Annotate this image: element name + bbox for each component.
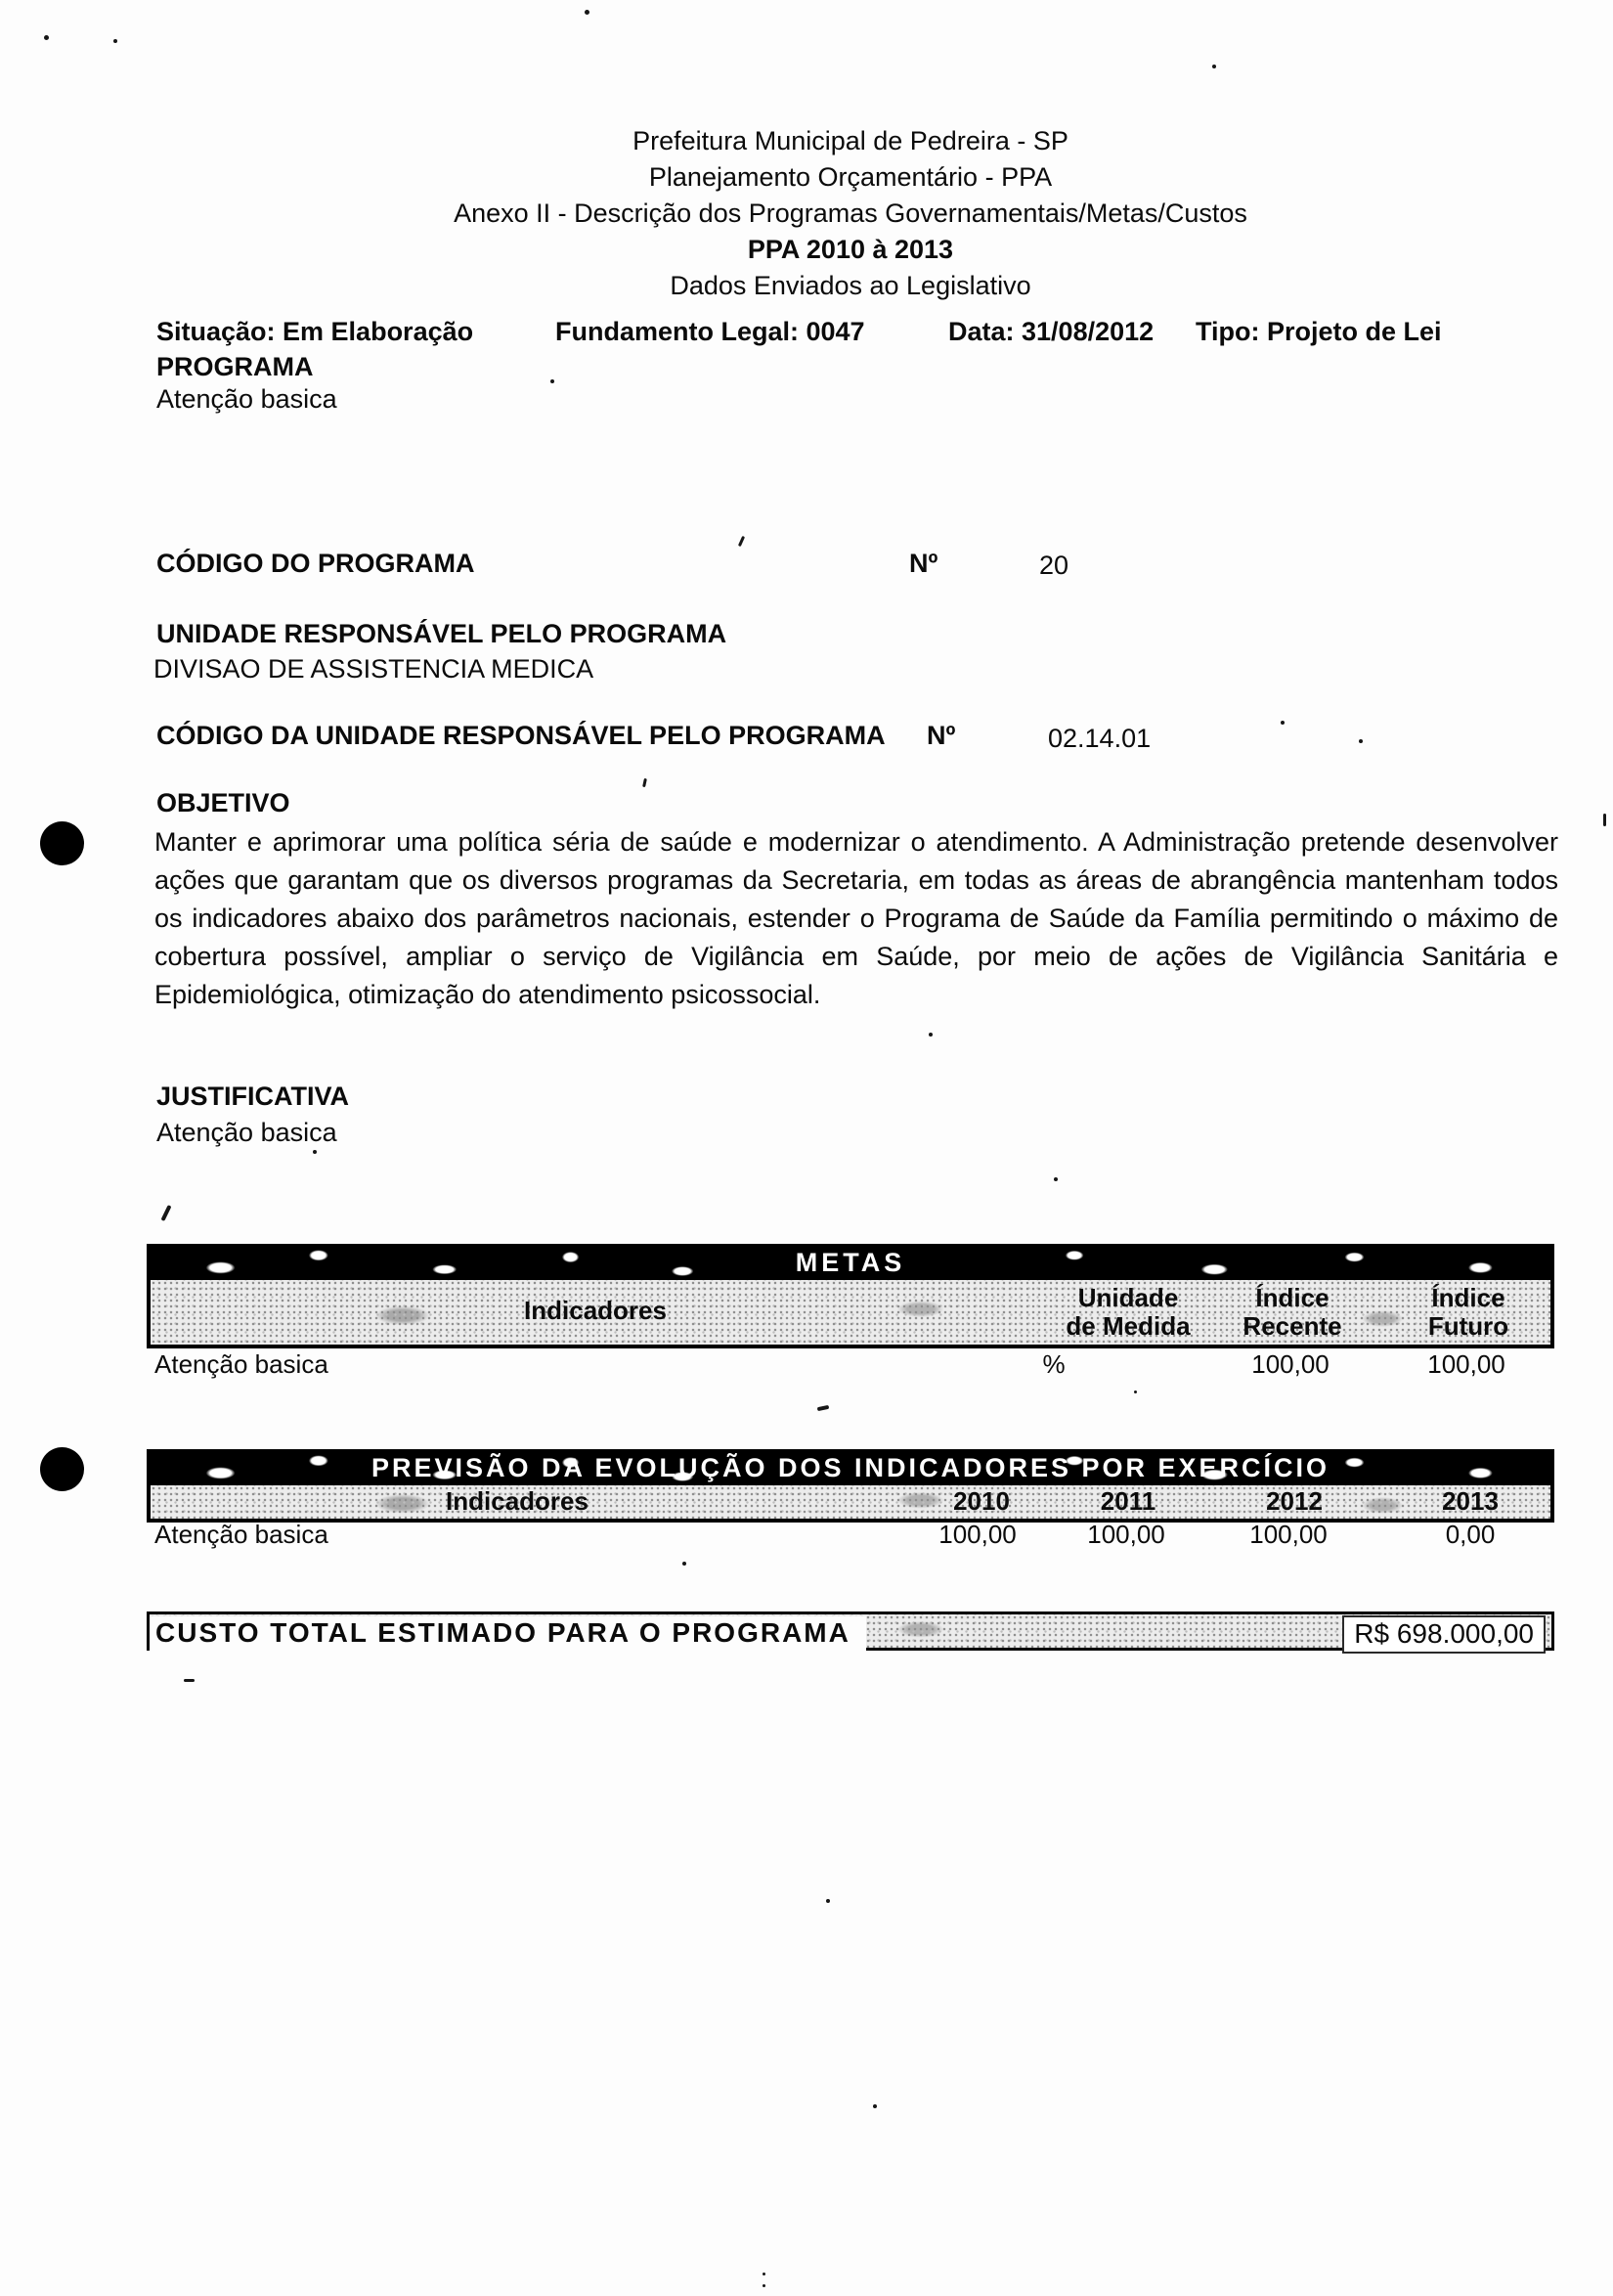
metas-table-header-row: Indicadores Unidade de Medida Índice Rec… — [151, 1280, 1550, 1345]
codigo-programa-numero-label: Nº — [909, 549, 937, 579]
metas-row-indice-futuro: 100,00 — [1427, 1349, 1505, 1380]
previsao-col-2010: 2010 — [953, 1487, 1010, 1516]
metas-col-unidade-medida: Unidade de Medida — [1066, 1284, 1190, 1341]
previsao-table-header-row: Indicadores 2010 2011 2012 2013 — [151, 1485, 1550, 1519]
hole-punch-mark — [40, 1447, 84, 1491]
previsao-row-2011: 100,00 — [1087, 1520, 1165, 1550]
fundamento-legal-field: Fundamento Legal: 0047 — [555, 317, 865, 347]
hole-punch-mark — [40, 821, 84, 865]
unidade-responsavel-label: UNIDADE RESPONSÁVEL PELO PROGRAMA — [156, 619, 726, 649]
previsao-row-2013: 0,00 — [1446, 1520, 1496, 1550]
codigo-programa-label: CÓDIGO DO PROGRAMA — [156, 549, 475, 579]
situacao-field: Situação: Em Elaboração — [156, 317, 473, 347]
document-header: Prefeitura Municipal de Pedreira - SP Pl… — [93, 123, 1608, 304]
previsao-col-2011: 2011 — [1101, 1487, 1155, 1516]
metas-row-indice-recente: 100,00 — [1251, 1349, 1330, 1380]
previsao-col-2013: 2013 — [1442, 1487, 1499, 1516]
metas-col-recente-line2: Recente — [1242, 1311, 1341, 1341]
objetivo-label: OBJETIVO — [156, 788, 290, 818]
metas-col-unidade-line1: Unidade — [1078, 1283, 1179, 1312]
metas-col-unidade-line2: de Medida — [1066, 1311, 1190, 1341]
tipo-field: Tipo: Projeto de Lei — [1196, 317, 1442, 347]
codigo-unidade-numero-value: 02.14.01 — [1048, 724, 1151, 754]
metas-col-indice-futuro: Índice Futuro — [1428, 1284, 1508, 1341]
previsao-col-indicadores: Indicadores — [446, 1487, 589, 1516]
programa-label: PROGRAMA — [156, 352, 314, 382]
previsao-row-indicador: Atenção basica — [154, 1520, 328, 1550]
custo-total-label: CUSTO TOTAL ESTIMADO PARA O PROGRAMA — [150, 1616, 866, 1652]
data-field: Data: 31/08/2012 — [948, 317, 1154, 347]
header-ppa-period: PPA 2010 à 2013 — [93, 232, 1608, 268]
codigo-programa-numero-value: 20 — [1039, 551, 1068, 581]
header-annex-title: Anexo II - Descrição dos Programas Gover… — [93, 196, 1608, 232]
metas-table-title: METAS — [151, 1248, 1550, 1278]
metas-col-indicadores: Indicadores — [524, 1297, 667, 1325]
justificativa-label: JUSTIFICATIVA — [156, 1082, 349, 1112]
objetivo-text: Manter e aprimorar uma política séria de… — [154, 823, 1558, 1014]
header-subtitle: Dados Enviados ao Legislativo — [93, 268, 1608, 304]
previsao-table: PREVISÃO DA EVOLUÇÃO DOS INDICADORES POR… — [147, 1449, 1554, 1523]
codigo-unidade-label: CÓDIGO DA UNIDADE RESPONSÁVEL PELO PROGR… — [156, 721, 886, 751]
previsao-row-2012: 100,00 — [1249, 1520, 1328, 1550]
metas-col-recente-line1: Índice — [1255, 1283, 1329, 1312]
metas-row-indicador: Atenção basica — [154, 1349, 328, 1380]
metas-row-unidade: % — [1042, 1349, 1065, 1380]
custo-total-bar: CUSTO TOTAL ESTIMADO PARA O PROGRAMA R$ … — [147, 1612, 1554, 1651]
previsao-row-2010: 100,00 — [938, 1520, 1017, 1550]
metas-table-title-bar: METAS — [151, 1245, 1550, 1280]
justificativa-text: Atenção basica — [156, 1118, 337, 1148]
custo-total-value: R$ 698.000,00 — [1342, 1615, 1546, 1654]
previsao-table-title-bar: PREVISÃO DA EVOLUÇÃO DOS INDICADORES POR… — [151, 1450, 1550, 1485]
codigo-unidade-numero-label: Nº — [927, 721, 955, 751]
previsao-table-title: PREVISÃO DA EVOLUÇÃO DOS INDICADORES POR… — [151, 1453, 1550, 1483]
programa-value: Atenção basica — [156, 384, 337, 415]
header-department: Planejamento Orçamentário - PPA — [93, 159, 1608, 196]
metas-col-indice-recente: Índice Recente — [1242, 1284, 1341, 1341]
unidade-responsavel-value: DIVISAO DE ASSISTENCIA MEDICA — [153, 654, 593, 684]
metas-col-futuro-line2: Futuro — [1428, 1311, 1508, 1341]
scanned-document-page: Prefeitura Municipal de Pedreira - SP Pl… — [0, 0, 1613, 2296]
header-municipality: Prefeitura Municipal de Pedreira - SP — [93, 123, 1608, 159]
metas-table: METAS Indicadores Unidade de Medida Índi… — [147, 1244, 1554, 1348]
previsao-col-2012: 2012 — [1266, 1487, 1323, 1516]
metas-col-futuro-line1: Índice — [1431, 1283, 1504, 1312]
